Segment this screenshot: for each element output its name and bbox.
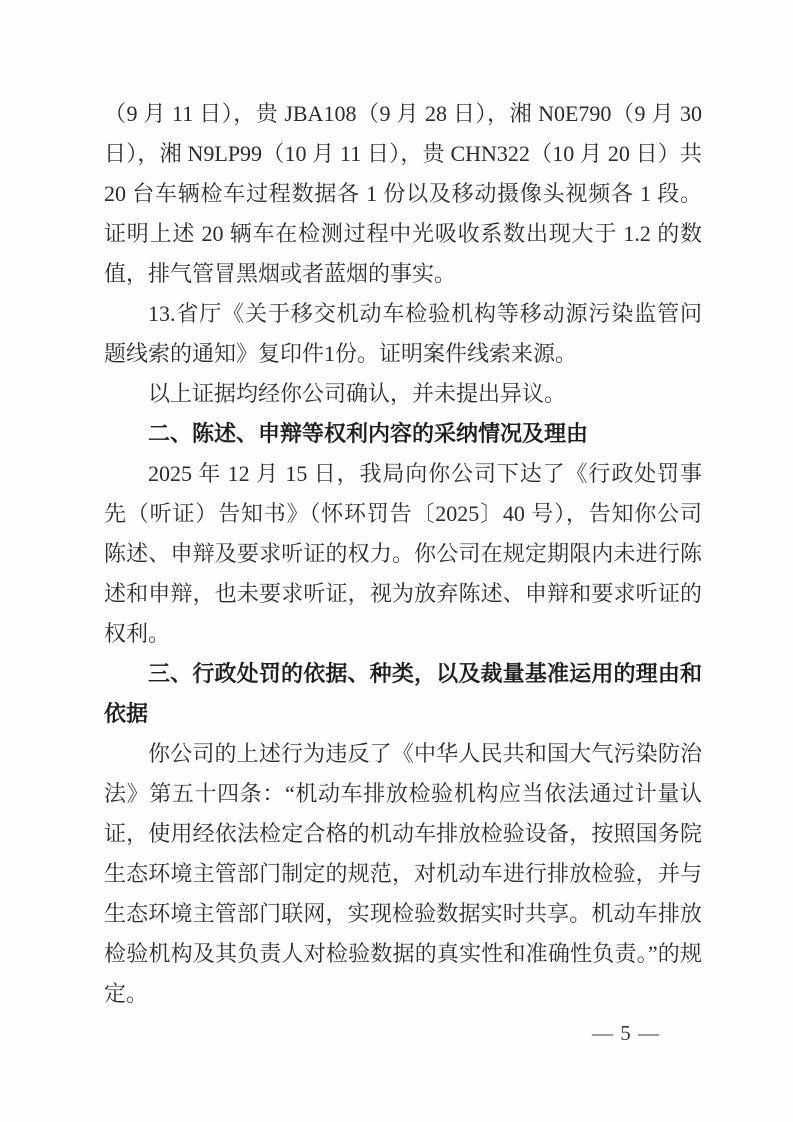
paragraph-evidence-confirmation: 以上证据均经你公司确认，并未提出异议。 [104,374,702,414]
document-page: （9 月 11 日），贵 JBA108（9 月 28 日），湘 N0E790（9… [0,0,793,1122]
paragraph-prior-notification: 2025 年 12 月 15 日，我局向你公司下达了《行政处罚事先（听证）告知书… [104,454,702,654]
page-number: — 5 — [592,1018,660,1048]
paragraph-evidence-item-13: 13.省厅《关于移交机动车检验机构等移动源污染监管问题线索的通知》复印件1份。证… [104,294,702,374]
paragraph-legal-basis: 你公司的上述行为违反了《中华人民共和国大气污染防治法》第五十四条：“机动车排放检… [104,734,702,1014]
paragraph-evidence-vehicle-data: （9 月 11 日），贵 JBA108（9 月 28 日），湘 N0E790（9… [104,94,702,294]
section-heading-penalty-basis: 三、行政处罚的依据、种类，以及裁量基准运用的理由和依据 [104,654,702,734]
section-heading-statement-defense: 二、陈述、申辩等权利内容的采纳情况及理由 [104,414,702,454]
document-body: （9 月 11 日），贵 JBA108（9 月 28 日），湘 N0E790（9… [104,94,702,1014]
